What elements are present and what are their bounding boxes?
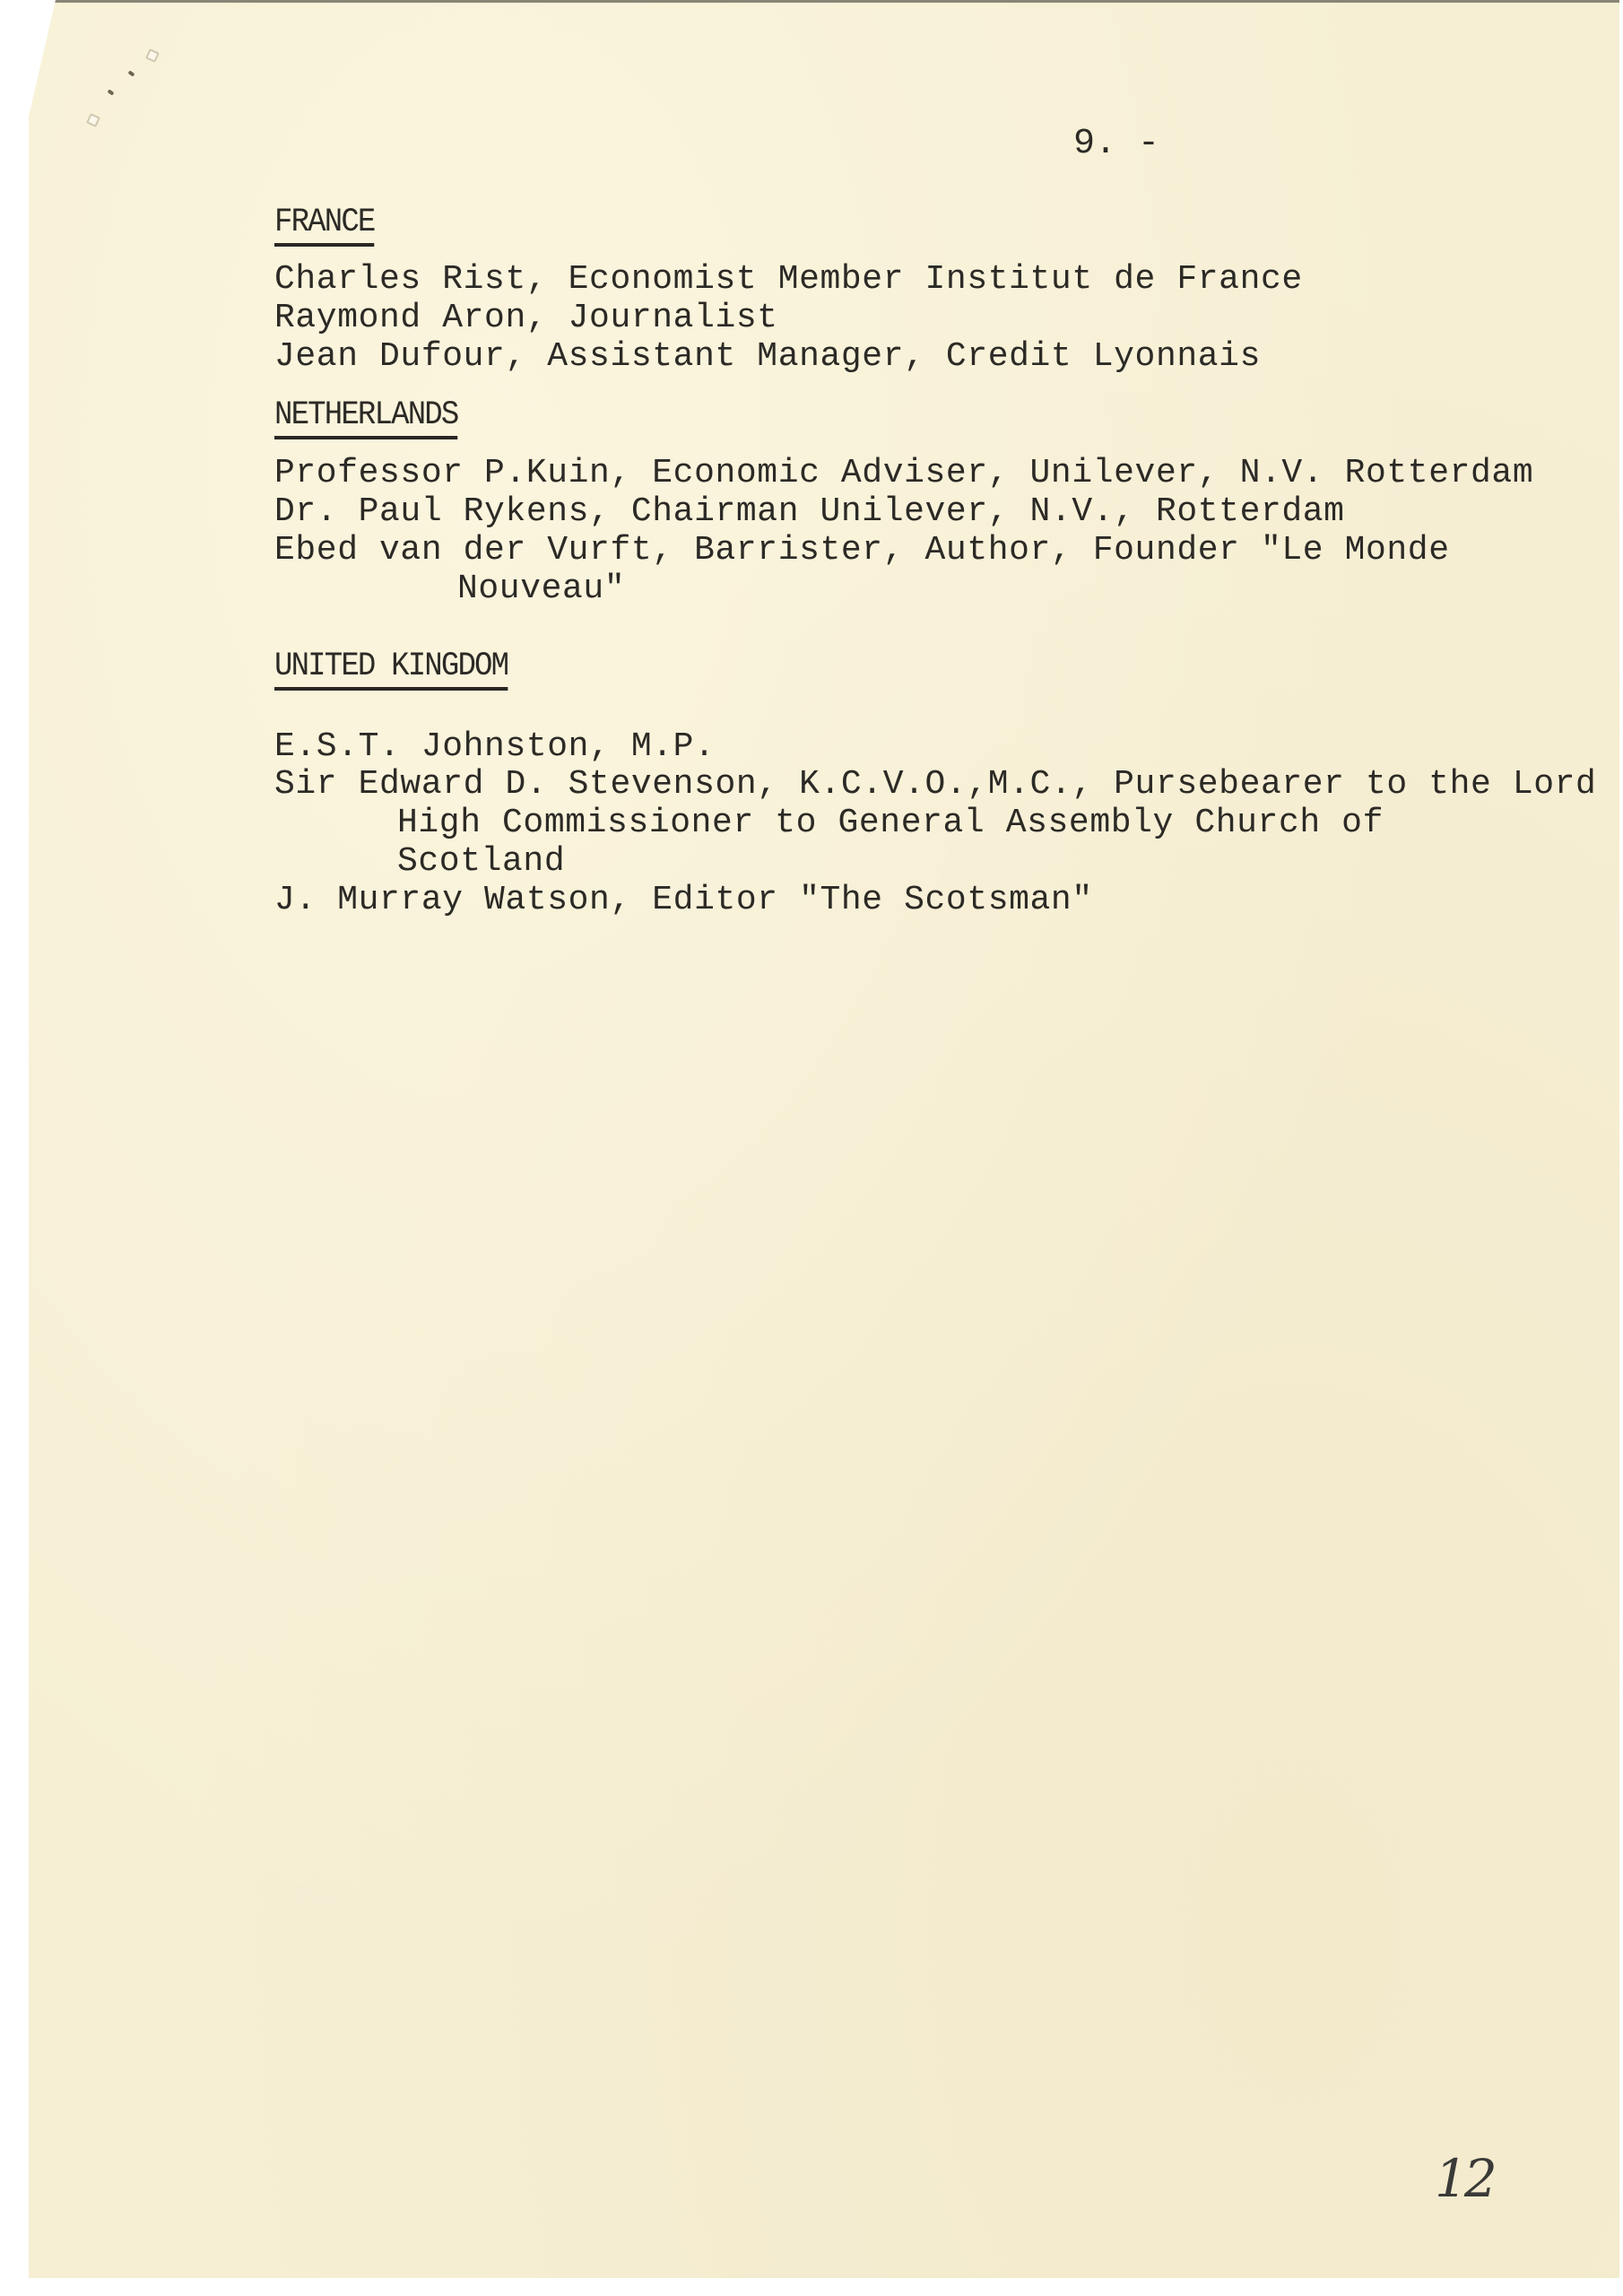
- page-top-edge: [54, 0, 1619, 3]
- staple-hole-mark: [86, 113, 100, 127]
- list-item-continuation: Nouveau": [457, 570, 625, 608]
- paper-sheet: 9. - FRANCE Charles Rist, Economist Memb…: [0, 0, 1619, 2278]
- list-item: Sir Edward D. Stevenson, K.C.V.O.,M.C., …: [274, 765, 1596, 804]
- section-heading-france: FRANCE: [274, 204, 375, 247]
- section-heading-united-kingdom: UNITED KINGDOM: [274, 648, 508, 691]
- list-item-continuation: High Commissioner to General Assembly Ch…: [397, 804, 1384, 842]
- list-item: Jean Dufour, Assistant Manager, Credit L…: [274, 337, 1261, 376]
- staple-mark: [127, 70, 135, 76]
- page-number: 9. -: [1073, 124, 1159, 164]
- handwritten-folio-number: 12: [1435, 2148, 1494, 2209]
- staple-hole-mark: [145, 48, 160, 63]
- section-heading-netherlands: NETHERLANDS: [274, 397, 457, 439]
- list-item: Professor P.Kuin, Economic Adviser, Unil…: [274, 454, 1533, 492]
- list-item: Dr. Paul Rykens, Chairman Unilever, N.V.…: [274, 492, 1345, 531]
- list-item-continuation: Scotland: [397, 842, 565, 881]
- list-item: Ebed van der Vurft, Barrister, Author, F…: [274, 531, 1450, 570]
- list-item: J. Murray Watson, Editor "The Scotsman": [274, 881, 1093, 919]
- list-item: Raymond Aron, Journalist: [274, 299, 778, 337]
- list-item: E.S.T. Johnston, M.P.: [274, 727, 715, 766]
- staple-mark: [107, 89, 114, 95]
- list-item: Charles Rist, Economist Member Institut …: [274, 260, 1303, 299]
